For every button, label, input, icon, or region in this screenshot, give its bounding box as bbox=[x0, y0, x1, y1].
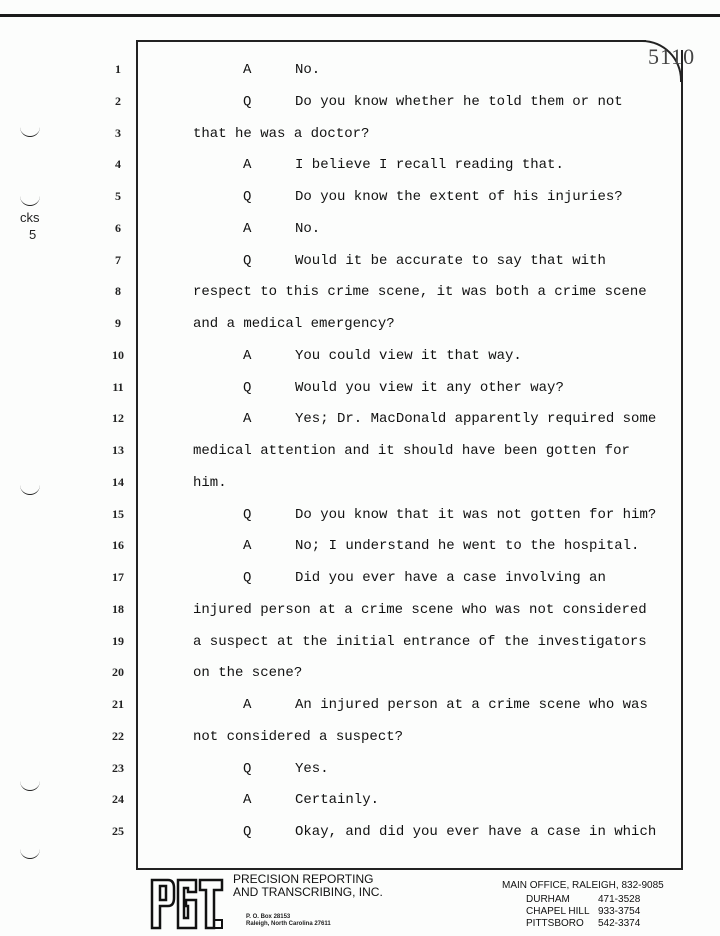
line-number: 12 bbox=[108, 411, 128, 426]
line-number: 6 bbox=[108, 221, 128, 236]
transcript-text: not considered a suspect? bbox=[193, 729, 403, 745]
transcript-line: 18injured person at a crime scene who wa… bbox=[0, 602, 720, 634]
transcript-line: 2QDo you know whether he told them or no… bbox=[0, 94, 720, 126]
transcript-text: respect to this crime scene, it was both… bbox=[193, 284, 647, 300]
office-phone: 933-3754 bbox=[598, 906, 640, 918]
transcript-text: An injured person at a crime scene who w… bbox=[295, 697, 648, 713]
speaker-label: A bbox=[243, 538, 251, 554]
speaker-label: A bbox=[243, 157, 251, 173]
line-number: 5 bbox=[108, 189, 128, 204]
line-number: 10 bbox=[108, 348, 128, 363]
address-line-1: P. O. Box 28153 bbox=[246, 914, 331, 921]
main-office: MAIN OFFICE, RALEIGH, 832-9085 bbox=[502, 880, 664, 891]
company-address: P. O. Box 28153 Raleigh, North Carolina … bbox=[246, 914, 331, 928]
speaker-label: A bbox=[243, 221, 251, 237]
line-number: 1 bbox=[108, 62, 128, 77]
speaker-label: A bbox=[243, 411, 251, 427]
transcript-text: I believe I recall reading that. bbox=[295, 157, 564, 173]
transcript-line: 23QYes. bbox=[0, 761, 720, 793]
line-number: 11 bbox=[108, 380, 128, 395]
line-number: 14 bbox=[108, 475, 128, 490]
line-number: 17 bbox=[108, 570, 128, 585]
transcript-line: 6ANo. bbox=[0, 221, 720, 253]
transcript-line: 20on the scene? bbox=[0, 665, 720, 697]
speaker-label: A bbox=[243, 697, 251, 713]
speaker-label: Q bbox=[243, 570, 251, 586]
line-number: 13 bbox=[108, 443, 128, 458]
transcript-text: on the scene? bbox=[193, 665, 302, 681]
line-number: 25 bbox=[108, 824, 128, 839]
speaker-label: Q bbox=[243, 824, 251, 840]
transcript-line: 24ACertainly. bbox=[0, 792, 720, 824]
transcript-text: medical attention and it should have bee… bbox=[193, 443, 630, 459]
line-number: 15 bbox=[108, 507, 128, 522]
transcript-line: 21AAn injured person at a crime scene wh… bbox=[0, 697, 720, 729]
speaker-label: A bbox=[243, 792, 251, 808]
office-name: PITTSBORO bbox=[526, 918, 598, 930]
transcript-text: Would you view it any other way? bbox=[295, 380, 564, 396]
line-number: 16 bbox=[108, 538, 128, 553]
transcript-line: 17QDid you ever have a case involving an bbox=[0, 570, 720, 602]
transcript-text: Did you ever have a case involving an bbox=[295, 570, 606, 586]
office-phone: 542-3374 bbox=[598, 918, 640, 930]
transcript-text: Okay, and did you ever have a case in wh… bbox=[295, 824, 656, 840]
branch-offices: DURHAM 471-3528 CHAPEL HILL 933-3754 PIT… bbox=[526, 894, 640, 930]
speaker-label: Q bbox=[243, 380, 251, 396]
transcript-line: 8respect to this crime scene, it was bot… bbox=[0, 284, 720, 316]
speaker-label: Q bbox=[243, 761, 251, 777]
transcript-line: 4AI believe I recall reading that. bbox=[0, 157, 720, 189]
speaker-label: A bbox=[243, 62, 251, 78]
office-phone: 471-3528 bbox=[598, 894, 640, 906]
transcript-line: 7QWould it be accurate to say that with bbox=[0, 253, 720, 285]
office-row: CHAPEL HILL 933-3754 bbox=[526, 906, 640, 918]
line-number: 21 bbox=[108, 697, 128, 712]
transcript-line: 14him. bbox=[0, 475, 720, 507]
transcript-text: No; I understand he went to the hospital… bbox=[295, 538, 639, 554]
transcript-line: 25QOkay, and did you ever have a case in… bbox=[0, 824, 720, 856]
office-row: DURHAM 471-3528 bbox=[526, 894, 640, 906]
line-number: 8 bbox=[108, 284, 128, 299]
transcript-text: Do you know the extent of his injuries? bbox=[295, 189, 623, 205]
transcript-line: 1ANo. bbox=[0, 62, 720, 94]
transcript-line: 19a suspect at the initial entrance of t… bbox=[0, 634, 720, 666]
speaker-label: Q bbox=[243, 253, 251, 269]
line-number: 20 bbox=[108, 665, 128, 680]
transcript-line: 11QWould you view it any other way? bbox=[0, 380, 720, 412]
transcript-line: 22not considered a suspect? bbox=[0, 729, 720, 761]
office-name: DURHAM bbox=[526, 894, 598, 906]
transcript-line: 10AYou could view it that way. bbox=[0, 348, 720, 380]
line-number: 4 bbox=[108, 157, 128, 172]
transcript-text: Do you know that it was not gotten for h… bbox=[295, 507, 656, 523]
transcript-text: You could view it that way. bbox=[295, 348, 522, 364]
transcript-line: 3that he was a doctor? bbox=[0, 126, 720, 158]
transcript-line: 13medical attention and it should have b… bbox=[0, 443, 720, 475]
transcript-line: 12AYes; Dr. MacDonald apparently require… bbox=[0, 411, 720, 443]
transcript-line: 15QDo you know that it was not gotten fo… bbox=[0, 507, 720, 539]
speaker-label: Q bbox=[243, 189, 251, 205]
transcript-text: Yes; Dr. MacDonald apparently required s… bbox=[295, 411, 656, 427]
transcript-text: No. bbox=[295, 221, 320, 237]
transcript-text: that he was a doctor? bbox=[193, 126, 369, 142]
line-number: 24 bbox=[108, 792, 128, 807]
company-name: PRECISION REPORTING AND TRANSCRIBING, IN… bbox=[233, 873, 383, 899]
transcript-text: injured person at a crime scene who was … bbox=[193, 602, 647, 618]
pt-logo-icon bbox=[148, 876, 224, 930]
transcript-line: 9and a medical emergency? bbox=[0, 316, 720, 348]
transcript-line: 16ANo; I understand he went to the hospi… bbox=[0, 538, 720, 570]
transcript-line: 5QDo you know the extent of his injuries… bbox=[0, 189, 720, 221]
line-number: 22 bbox=[108, 729, 128, 744]
speaker-label: Q bbox=[243, 507, 251, 523]
address-line-2: Raleigh, North Carolina 27611 bbox=[246, 921, 331, 928]
office-name: CHAPEL HILL bbox=[526, 906, 598, 918]
speaker-label: Q bbox=[243, 94, 251, 110]
line-number: 7 bbox=[108, 253, 128, 268]
top-rule bbox=[0, 14, 720, 17]
transcript-text: him. bbox=[193, 475, 227, 491]
line-number: 23 bbox=[108, 761, 128, 776]
transcript-text: Would it be accurate to say that with bbox=[295, 253, 606, 269]
transcript-text: and a medical emergency? bbox=[193, 316, 395, 332]
speaker-label: A bbox=[243, 348, 251, 364]
line-number: 19 bbox=[108, 634, 128, 649]
transcript-text: Do you know whether he told them or not bbox=[295, 94, 623, 110]
transcript-text: No. bbox=[295, 62, 320, 78]
line-number: 9 bbox=[108, 316, 128, 331]
office-row: PITTSBORO 542-3374 bbox=[526, 918, 640, 930]
transcript-text: Yes. bbox=[295, 761, 329, 777]
line-number: 2 bbox=[108, 94, 128, 109]
line-number: 3 bbox=[108, 126, 128, 141]
transcript-text: Certainly. bbox=[295, 792, 379, 808]
transcript-text: a suspect at the initial entrance of the… bbox=[193, 634, 647, 650]
line-number: 18 bbox=[108, 602, 128, 617]
frame-top-border bbox=[136, 40, 646, 42]
company-line-2: AND TRANSCRIBING, INC. bbox=[233, 886, 383, 899]
